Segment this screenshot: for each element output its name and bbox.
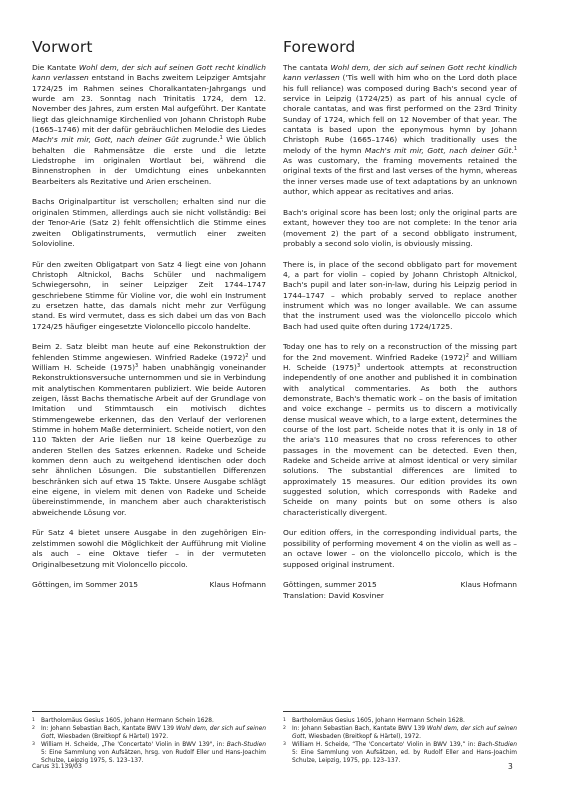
foreword-footnotes: 1 Bartholomäus Gesius 1605, Johann Herma… [283,717,517,765]
foreword-paragraph-4: Today one has to rely on a reconstructio… [283,342,517,518]
place-date: Göttingen, summer 2015 [283,580,377,590]
footnote-2: 2 In: Johann Sebastian Bach, Kantate BWV… [283,725,517,741]
foreword-paragraph-1: The cantata Wohl dem, der sich auf seine… [283,63,517,197]
page-number: 3 [508,762,513,771]
footnote-3: 3 William H. Scheide, “The 'Concertato' … [283,741,517,765]
footnote-2: 2 In: Johann Sebastian Bach, Kantate BWV… [32,725,266,741]
footnote-1: 1 Bartholomäus Gesius 1605, Johann Herma… [283,717,517,725]
vorwort-signoff: Göttingen, im Sommer 2015 Klaus Hofmann [32,580,266,590]
vorwort-paragraph-1: Die Kantate Wohl dem, der sich auf seine… [32,63,266,187]
vorwort-paragraph-3: Für den zweiten Obligatpart von Satz 4 l… [32,260,266,332]
footnote-3: 3 William H. Scheide, „The 'Concertato' … [32,741,266,765]
foreword-signoff: Göttingen, summer 2015 Klaus Hofmann Tra… [283,580,517,601]
footnote-ref-1: 1 [514,146,517,152]
translator-credit: Translation: David Kosviner [283,591,517,601]
footnote-divider [283,711,351,712]
footnote-divider [32,711,100,712]
catalog-number: Carus 31.139/03 [32,763,82,770]
vorwort-body: Die Kantate Wohl dem, der sich auf seine… [32,63,266,591]
vorwort-heading: Vorwort [32,38,93,56]
author-name: Klaus Hofmann [461,580,517,590]
hymn-title: Mach's mit mir, Gott, nach deiner Güt [365,146,512,155]
vorwort-paragraph-2: Bachs Originalpartitur ist verschollen; … [32,197,266,249]
vorwort-paragraph-4: Beim 2. Satz bleibt man heute auf eine R… [32,342,266,518]
foreword-heading: Foreword [283,38,355,56]
footnote-1: 1 Bartholomäus Gesius 1605, Johann Herma… [32,717,266,725]
vorwort-footnotes: 1 Bartholomäus Gesius 1605, Johann Herma… [32,717,266,765]
place-date: Göttingen, im Sommer 2015 [32,580,138,590]
foreword-paragraph-2: Bach's original score has been lost; onl… [283,208,517,249]
author-name: Klaus Hofmann [210,580,266,590]
vorwort-paragraph-5: Für Satz 4 bietet unsere Ausgabe in den … [32,528,266,569]
hymn-title: Mach's mit mir, Gott, nach deiner Güt [32,135,179,144]
foreword-body: The cantata Wohl dem, der sich auf seine… [283,63,517,601]
foreword-paragraph-5: Our edition offers, in the corresponding… [283,528,517,569]
foreword-paragraph-3: There is, in place of the second obbliga… [283,260,517,332]
